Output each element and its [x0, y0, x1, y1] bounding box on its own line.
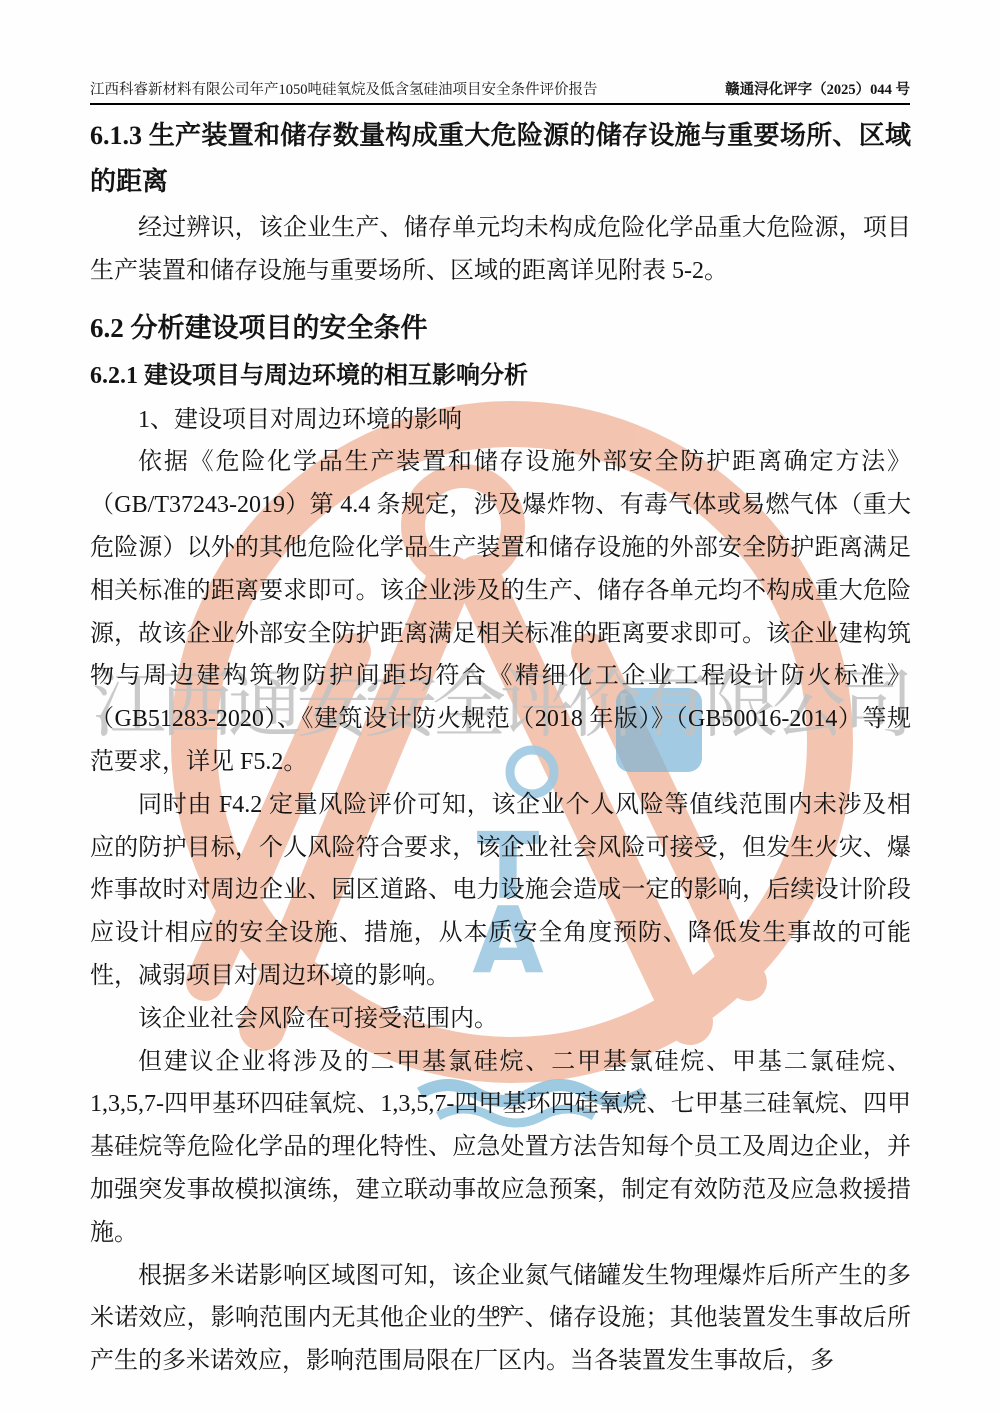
heading-6-2-1: 6.2.1 建设项目与周边环境的相互影响分析 — [90, 355, 911, 397]
page-header: 江西科睿新材料有限公司年产1050吨硅氧烷及低含氢硅油项目安全条件评价报告 赣通… — [90, 78, 910, 105]
header-report-title: 江西科睿新材料有限公司年产1050吨硅氧烷及低含氢硅油项目安全条件评价报告 — [90, 78, 598, 99]
heading-6-1-3: 6.1.3 生产装置和储存数量构成重大危险源的储存设施与重要场所、区域的距离 — [90, 113, 911, 205]
document-content: 6.1.3 生产装置和储存数量构成重大危险源的储存设施与重要场所、区域的距离 经… — [90, 113, 911, 1383]
paragraph-quantitative-risk: 同时由 F4.2 定量风险评价可知，该企业个人风险等值线范围内未涉及相应的防护目… — [90, 784, 911, 998]
page-number: 89 — [0, 1302, 1000, 1322]
paragraph-protection-distance: 依据《危险化学品生产装置和储存设施外部安全防护距离确定方法》（GB/T37243… — [90, 441, 911, 783]
header-doc-number: 赣通浔化评字（2025）044 号 — [725, 78, 910, 99]
paragraph-chemical-notify: 但建议企业将涉及的二甲基氯硅烷、二甲基氯硅烷、甲基二氯硅烷、1,3,5,7-四甲… — [90, 1041, 911, 1255]
paragraph-impact-title: 1、建设项目对周边环境的影响 — [90, 399, 911, 442]
paragraph-social-risk: 该企业社会风险在可接受范围内。 — [90, 998, 911, 1041]
heading-6-2: 6.2 分析建设项目的安全条件 — [90, 306, 911, 350]
document-page: T A 江西通安安全评价有限公司 江西科睿新材料有限公司年产1050吨硅氧烷及低… — [0, 0, 1000, 1414]
paragraph-identification: 经过辨识，该企业生产、储存单元均未构成危险化学品重大危险源，项目生产装置和储存设… — [90, 207, 911, 293]
